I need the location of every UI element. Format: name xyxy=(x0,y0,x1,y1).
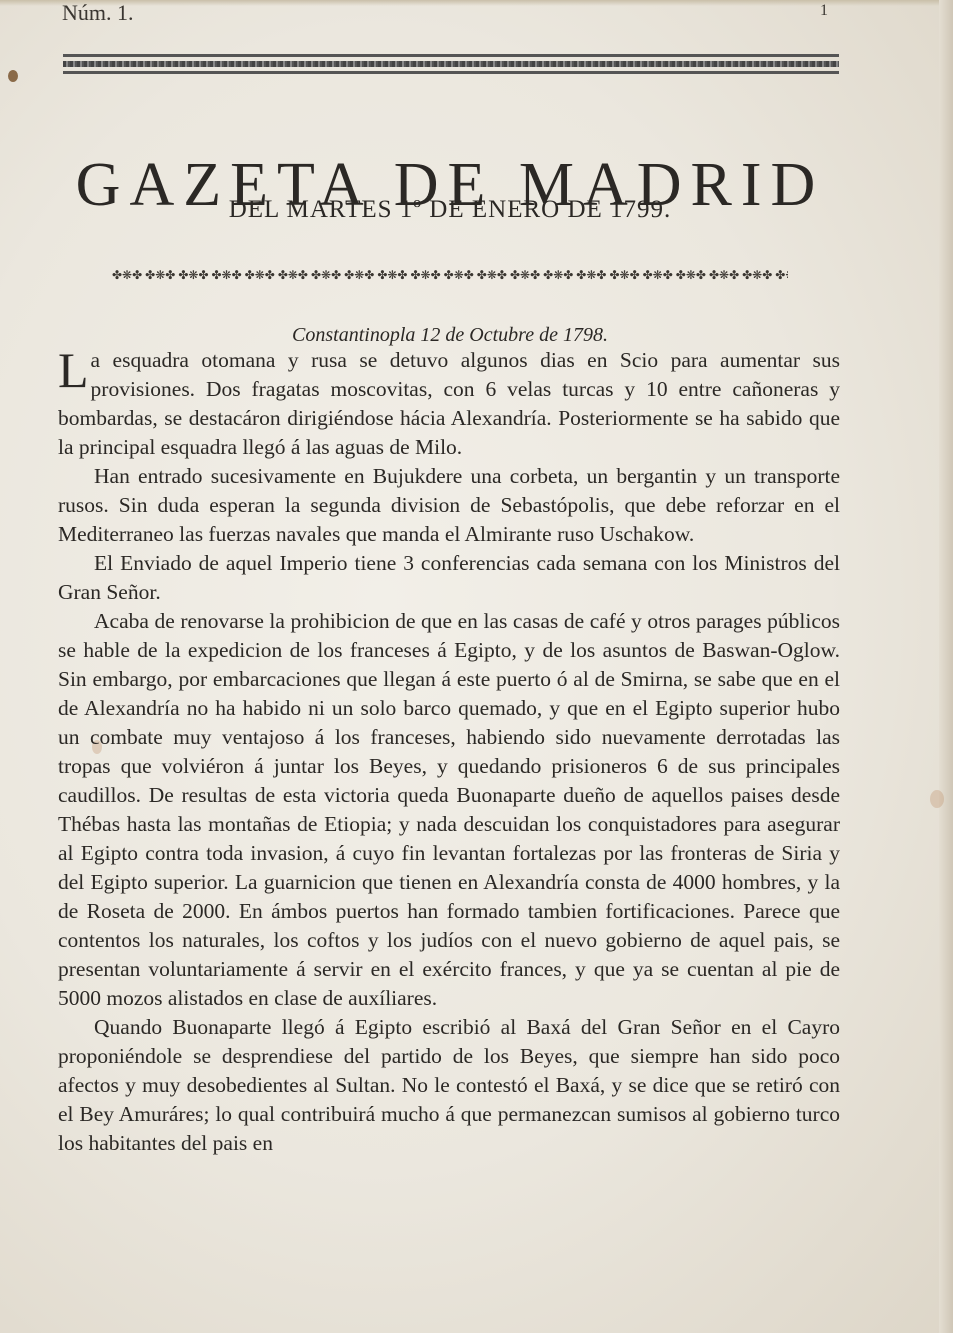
ornamental-rule xyxy=(63,54,839,74)
page-folio: 1 xyxy=(820,2,828,20)
article-paragraph: El Enviado de aquel Imperio tiene 3 conf… xyxy=(58,549,840,607)
article-paragraph: La esquadra otomana y rusa se detuvo alg… xyxy=(58,346,840,462)
article-place-date: Constantinopla 12 de Octubre de 1798. xyxy=(60,324,840,347)
ornament-divider: ✤❋✤ ✤❋✤ ✤❋✤ ✤❋✤ ✤❋✤ ✤❋✤ ✤❋✤ ✤❋✤ ✤❋✤ ✤❋✤ … xyxy=(112,268,788,283)
paper-stain xyxy=(930,790,944,808)
binding-hole xyxy=(8,70,18,82)
paragraph-text: a esquadra otomana y rusa se detuvo algu… xyxy=(58,348,840,459)
page-edge-top xyxy=(0,0,953,6)
article-paragraph: Acaba de renovarse la prohibicion de que… xyxy=(58,607,840,1013)
issue-number: Núm. 1. xyxy=(62,0,134,26)
drop-cap: L xyxy=(58,350,89,390)
newspaper-page: Núm. 1. 1 GAZETA DE MADRID DEL MARTES 1º… xyxy=(0,0,953,1333)
article-paragraph: Quando Buonaparte llegó á Egipto escribi… xyxy=(58,1013,840,1158)
article-paragraph: Han entrado sucesivamente en Bujukdere u… xyxy=(58,462,840,549)
article-body: La esquadra otomana y rusa se detuvo alg… xyxy=(58,346,840,1158)
page-edge-right xyxy=(939,0,953,1333)
issue-dateline: DEL MARTES 1º DE ENERO DE 1799. xyxy=(60,196,840,224)
